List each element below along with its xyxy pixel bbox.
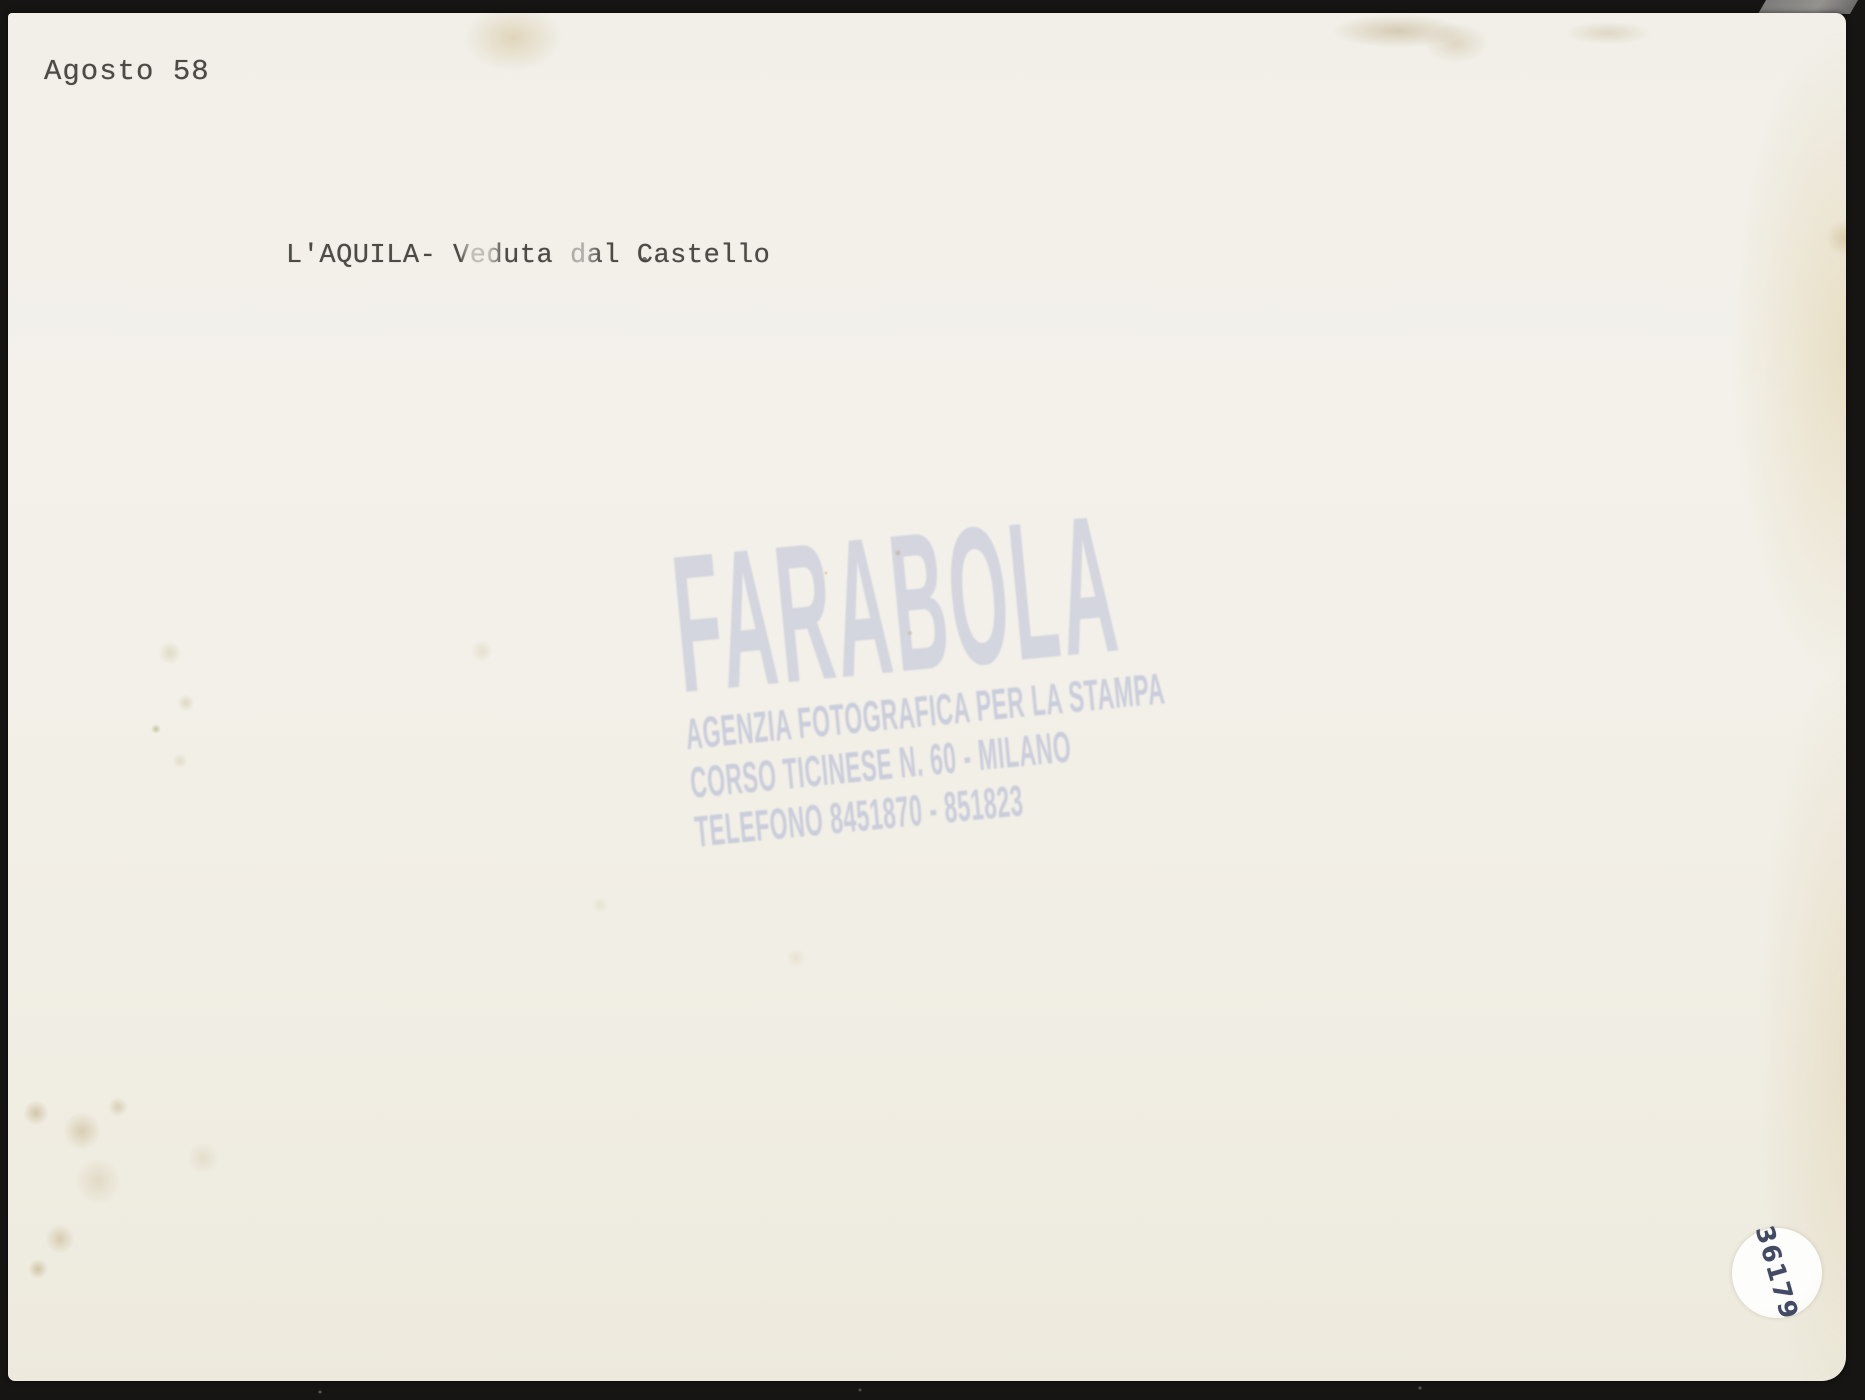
stray-ink-dot	[642, 257, 647, 262]
stamp-phone-line: TELEFONO 8451870 - 851823	[693, 785, 936, 857]
stamp-wordmark: FARABOLA	[668, 534, 859, 700]
archive-number: 36179	[1750, 1222, 1805, 1323]
scanner-edge-artifact	[1758, 0, 1858, 14]
stamp-agency-line: AGENZIA FOTOGRAFICA PER LA STAMPA	[683, 687, 926, 759]
archive-number-sticker: 36179	[1732, 1228, 1822, 1318]
age-stains	[8, 13, 1846, 1381]
agency-stamp: FARABOLA AGENZIA FOTOGRAFICA PER LA STAM…	[668, 507, 1155, 857]
typed-date-note: Agosto 58	[44, 55, 210, 88]
typed-caption: L'AQUILA- Veduta dal Castello	[286, 241, 770, 271]
stamp-address-line: CORSO TICINESE N. 60 - MILANO	[688, 736, 931, 808]
photo-print-back: Agosto 58 L'AQUILA- Veduta dal Castello …	[8, 13, 1846, 1381]
photo-scan: Agosto 58 L'AQUILA- Veduta dal Castello …	[0, 0, 1865, 1400]
